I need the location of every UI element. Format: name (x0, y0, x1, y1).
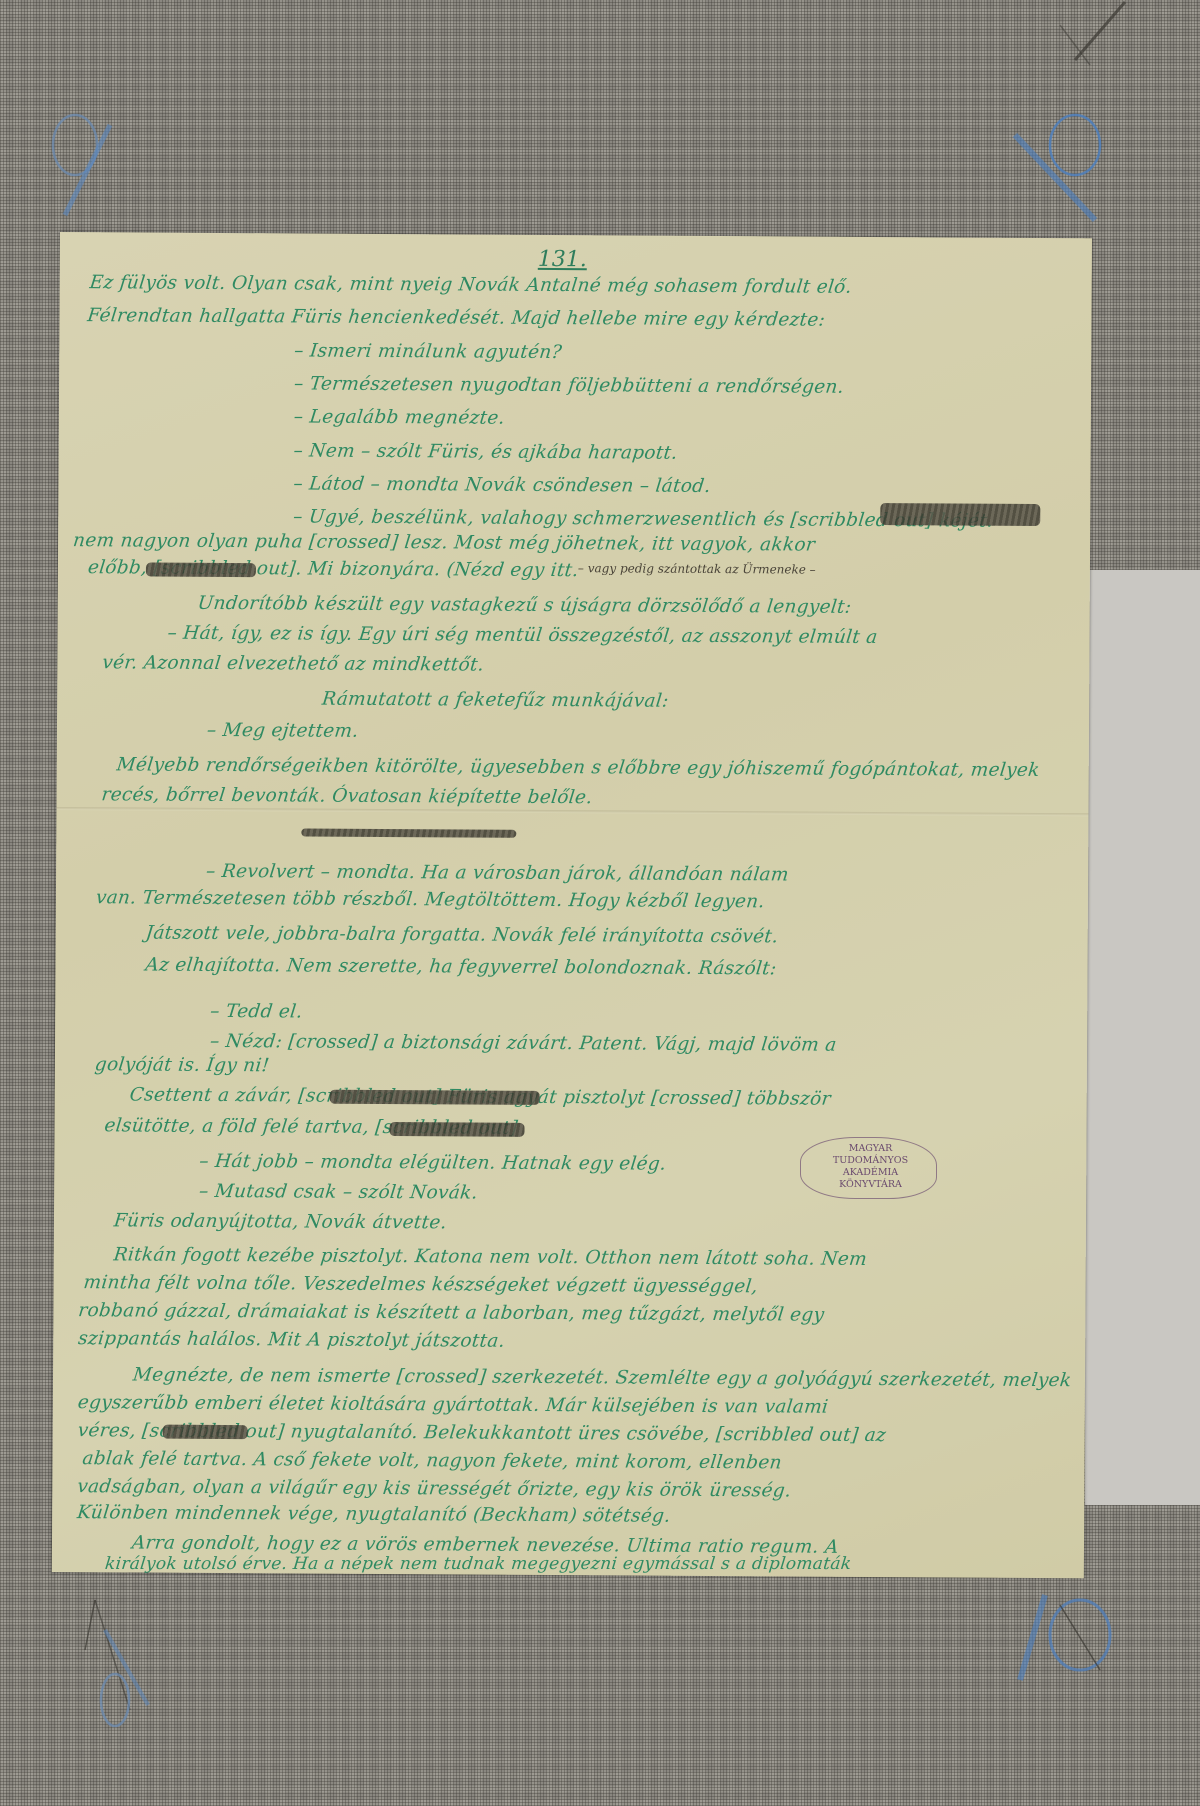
page-number: 131. (538, 247, 587, 272)
manuscript-line: – Természetesen nyugodtan följebbütteni … (293, 373, 845, 397)
manuscript-line: golyóját is. Így ni! (94, 1054, 271, 1076)
manuscript-line: nem nagyon olyan puha [crossed] lesz. Mo… (72, 530, 816, 556)
manuscript-line: – Mutasd csak – szólt Novák. (198, 1181, 479, 1204)
manuscript-line: Ez fülyös volt. Olyan csak, mint nyeig N… (89, 272, 853, 298)
pencil-mark-bottom-left (60, 1590, 190, 1730)
manuscript-line: Rámutatott a feketefűz munkájával: (321, 689, 670, 712)
manuscript-line: vadságban, olyan a világűr egy kis üress… (76, 1476, 792, 1501)
ink-blot (389, 1122, 524, 1137)
manuscript-line: – Ismeri minálunk agyutén? (293, 340, 563, 363)
manuscript-line: Megnézte, de nem ismerte [crossed] szerk… (132, 1364, 1073, 1391)
manuscript-line: Félrendtan hallgatta Füris hencienkedésé… (86, 305, 826, 330)
manuscript-line: mintha félt volna tőle. Veszedelmes kész… (82, 1272, 759, 1297)
pencil-mark-bottom-right (1005, 1590, 1145, 1700)
ink-blot (146, 563, 256, 578)
pencil-mark-top-right (1010, 105, 1120, 225)
stamp-border (800, 1137, 937, 1199)
manuscript-line: – Nem – szólt Füris, és ajkába harapott. (292, 440, 678, 463)
manuscript-line: recés, bőrrel bevonták. Óvatosan kiépíte… (100, 784, 593, 808)
manuscript-line: Füris odanyújtotta, Novák átvette. (113, 1210, 448, 1233)
manuscript-line: van. Természetesen több részből. Megtölt… (95, 887, 766, 912)
manuscript-line: ablak felé tartva. A cső fekete volt, na… (81, 1448, 783, 1473)
paper-fold (56, 807, 1088, 816)
ink-blot (163, 1425, 248, 1440)
pencil-note: – vagy pedig szántottak az Ürmeneke – (578, 561, 816, 576)
manuscript-page: 131. Ez fülyös volt. Olyan csak, mint ny… (52, 232, 1092, 1578)
manuscript-line: – Tedd el. (209, 1001, 304, 1023)
manuscript-line: szippantás halálos. Mit A pisztolyt játs… (77, 1328, 506, 1352)
ink-blot (880, 503, 1040, 526)
crossed-out-line (301, 828, 516, 837)
manuscript-line: – Látod – mondta Novák csöndesen – látod… (292, 473, 711, 497)
manuscript-line: királyok utolsó érve. Ha a népek nem tud… (104, 1554, 853, 1574)
manuscript-line: – Hát, így, ez is így. Egy úri ség mentü… (166, 623, 878, 648)
manuscript-line: Mélyebb rendőrségeikben kitörölte, ügyes… (116, 754, 1041, 781)
manuscript-line: egyszerűbb emberi életet kioltására gyár… (77, 1392, 830, 1418)
manuscript-line: vér. Azonnal elvezethető az mindkettőt. (101, 652, 485, 675)
library-stamp: MAGYAR TUDOMÁNYOS AKADÉMIA KÖNYVTÁRA (808, 1143, 933, 1195)
manuscript-line: Az elhajította. Nem szerette, ha fegyver… (144, 955, 777, 980)
manuscript-line: Játszott vele, jobbra-balra forgatta. No… (145, 923, 780, 948)
manuscript-line: – Meg ejtettem. (206, 720, 360, 742)
pencil-mark-top-left (40, 95, 130, 225)
manuscript-line: Ritkán fogott kezébe pisztolyt. Katona n… (113, 1244, 869, 1270)
manuscript-line: robbanó gázzal, drámaiakat is készített … (77, 1300, 825, 1326)
pencil-mark-top-right-slash (1030, 0, 1130, 70)
manuscript-line: – Revolvert – mondta. Ha a városban járo… (205, 861, 790, 886)
manuscript-line: – Nézd: [crossed] a biztonsági závárt. P… (209, 1031, 838, 1056)
backing-paper (1085, 570, 1200, 1505)
manuscript-line: Különben mindennek vége, nyugtalanító (B… (76, 1502, 672, 1527)
manuscript-line: – Hát jobb – mondta elégülten. Hatnak eg… (198, 1151, 667, 1175)
manuscript-line: Undorítóbb készült egy vastagkezű s újsá… (197, 593, 853, 618)
manuscript-line: – Legalább megnézte. (293, 406, 506, 428)
ink-blot (330, 1090, 540, 1105)
